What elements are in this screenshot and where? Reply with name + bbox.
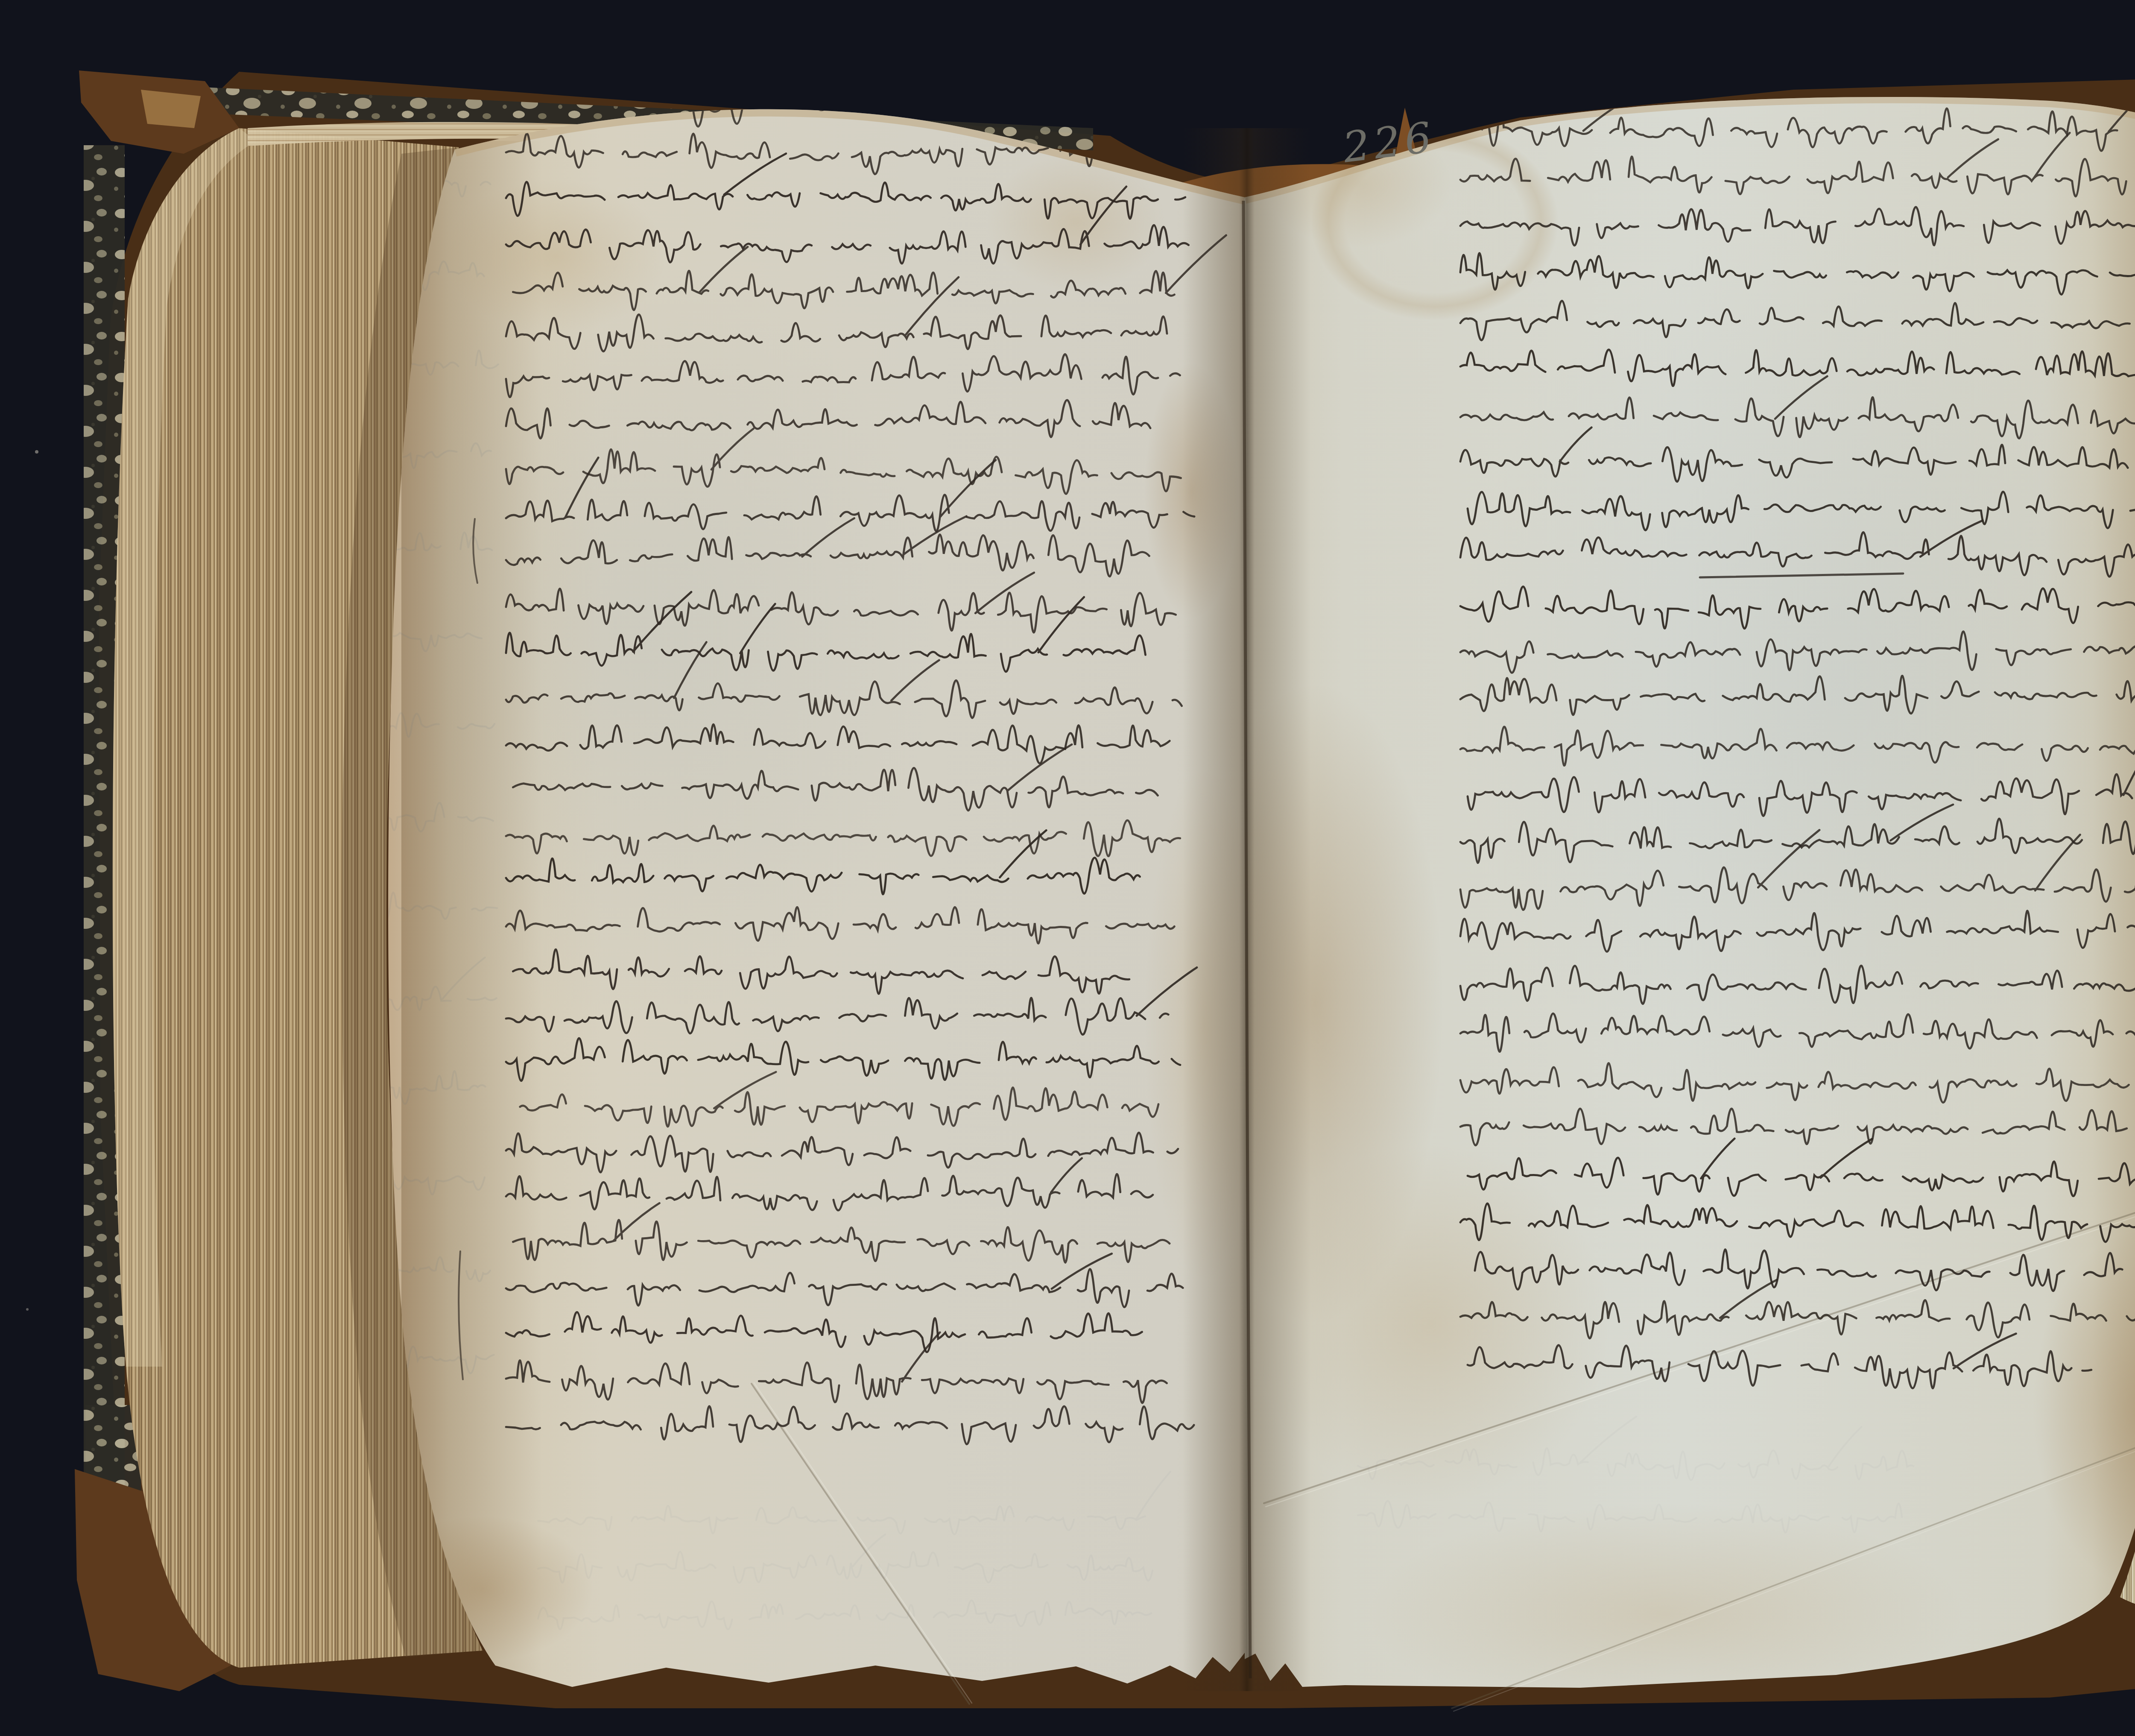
dust-speck	[26, 1308, 29, 1311]
dust-speck	[35, 450, 38, 454]
archival-manuscript-photo: 226	[0, 0, 2135, 1736]
leather-corner-top-left-tear	[141, 90, 201, 128]
